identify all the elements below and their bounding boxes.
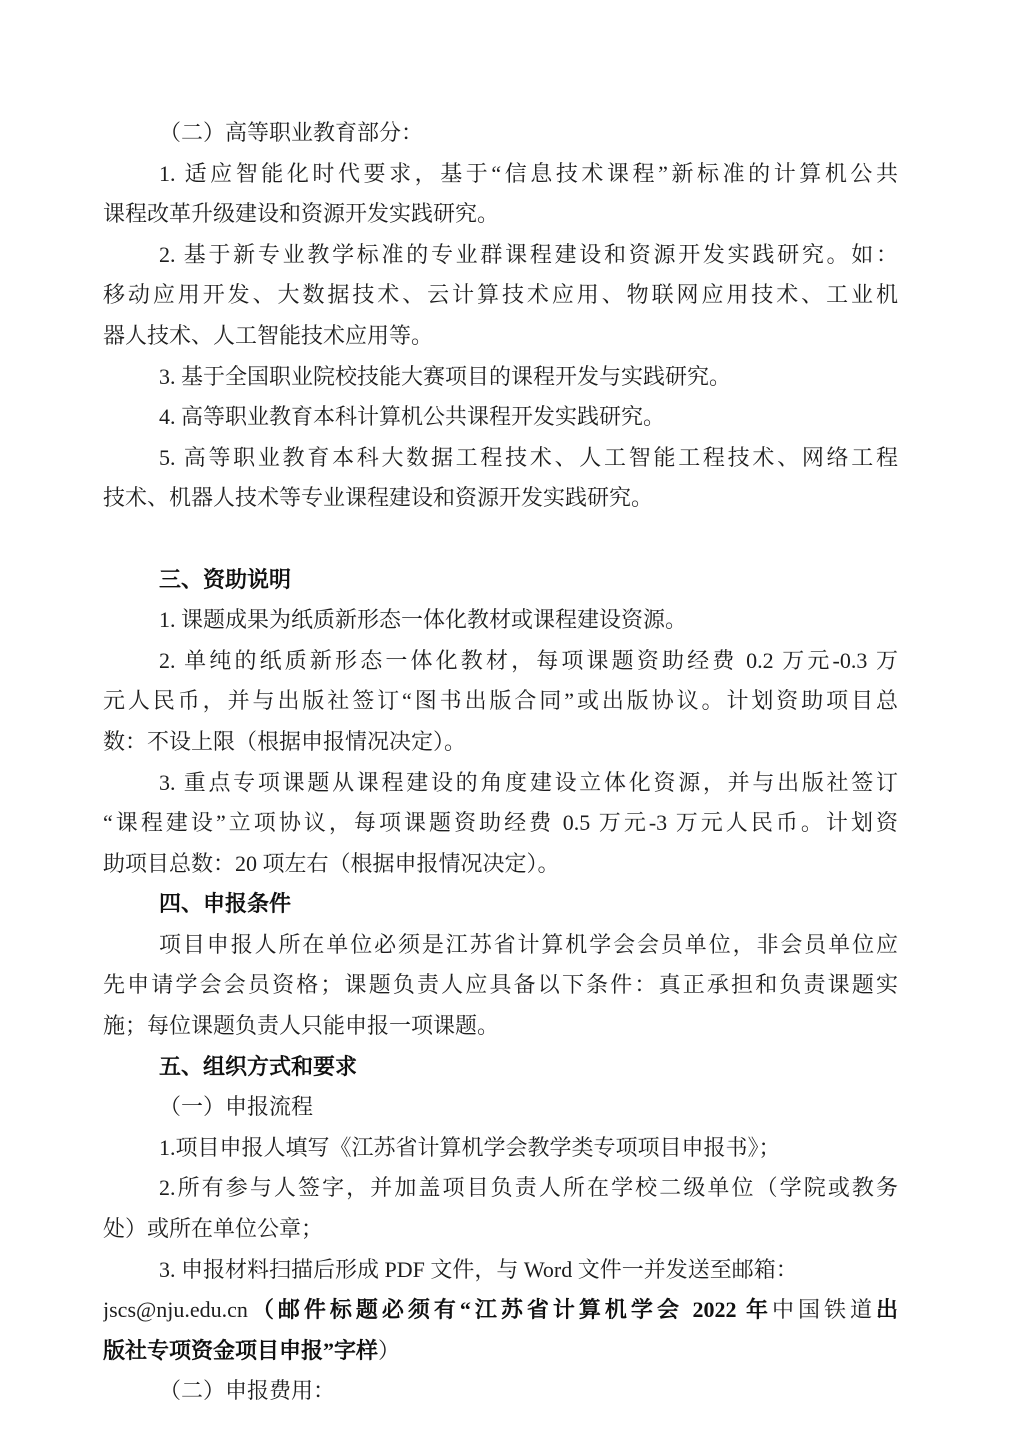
section-heading: 三、资助说明: [103, 560, 898, 601]
document-line: 元人民币，并与出版社签订“图书出版合同”或出版协议。计划资助项目总: [103, 681, 898, 722]
document-line: （二）高等职业教育部分：: [103, 113, 898, 154]
document-line: 3. 申报材料扫描后形成 PDF 文件，与 Word 文件一并发送至邮箱：: [103, 1250, 898, 1291]
document-line: 2. 单纯的纸质新形态一体化教材，每项课题资助经费 0.2 万元-0.3 万: [103, 641, 898, 682]
document-line: “课程建设”立项协议，每项课题资助经费 0.5 万元-3 万元人民币。计划资: [103, 803, 898, 844]
document-line: 3. 基于全国职业院校技能大赛项目的课程开发与实践研究。: [103, 357, 898, 398]
text-segment: 中国铁道: [772, 1297, 876, 1322]
document-line: jscs@nju.edu.cn（邮件标题必须有“江苏省计算机学会 2022 年中…: [103, 1290, 898, 1331]
document-line: （一）申报流程: [103, 1087, 898, 1128]
blank-line: [103, 519, 898, 560]
document-line: 移动应用开发、大数据技术、云计算技术应用、物联网应用技术、工业机: [103, 275, 898, 316]
document-line: 2.所有参与人签字，并加盖项目负责人所在学校二级单位（学院或教务: [103, 1168, 898, 1209]
section-heading: 五、组织方式和要求: [103, 1047, 898, 1088]
document-line: 技术、机器人技术等专业课程建设和资源开发实践研究。: [103, 478, 898, 519]
document-line: 器人技术、人工智能技术应用等。: [103, 316, 898, 357]
text-segment: （邮件标题必须有“江苏省计算机学会 2022 年: [248, 1297, 772, 1322]
document-line: 处）或所在单位公章；: [103, 1209, 898, 1250]
document-line: 助项目总数：20 项左右（根据申报情况决定）。: [103, 844, 898, 885]
document-line: （二）申报费用：: [103, 1371, 898, 1412]
document-line: 数：不设上限（根据申报情况决定）。: [103, 722, 898, 763]
text-segment: 出: [876, 1297, 898, 1322]
document-line: 项目申报人所在单位必须是江苏省计算机学会会员单位，非会员单位应: [103, 925, 898, 966]
text-segment: 版社专项资金项目申报”字样: [103, 1338, 378, 1363]
document-page: （二）高等职业教育部分：1. 适应智能化时代要求，基于“信息技术课程”新标准的计…: [0, 0, 1024, 1447]
document-line: 4. 高等职业教育本科计算机公共课程开发实践研究。: [103, 397, 898, 438]
text-segment: jscs@nju.edu.cn: [103, 1297, 248, 1322]
document-line: 1.项目申报人填写《江苏省计算机学会教学类专项项目申报书》；: [103, 1128, 898, 1169]
document-line: 课程改革升级建设和资源开发实践研究。: [103, 194, 898, 235]
document-line: 5. 高等职业教育本科大数据工程技术、人工智能工程技术、网络工程: [103, 438, 898, 479]
document-line: 2. 基于新专业教学标准的专业群课程建设和资源开发实践研究。如：: [103, 235, 898, 276]
document-line: 1. 适应智能化时代要求，基于“信息技术课程”新标准的计算机公共: [103, 154, 898, 195]
document-line: 施；每位课题负责人只能申报一项课题。: [103, 1006, 898, 1047]
document-line: 版社专项资金项目申报”字样）: [103, 1331, 898, 1372]
document-line: 3. 重点专项课题从课程建设的角度建设立体化资源，并与出版社签订: [103, 763, 898, 804]
document-text-block: （二）高等职业教育部分：1. 适应智能化时代要求，基于“信息技术课程”新标准的计…: [103, 113, 898, 1412]
text-segment: ）: [378, 1338, 400, 1363]
document-line: 先申请学会会员资格；课题负责人应具备以下条件：真正承担和负责课题实: [103, 965, 898, 1006]
section-heading: 四、申报条件: [103, 884, 898, 925]
document-line: 1. 课题成果为纸质新形态一体化教材或课程建设资源。: [103, 600, 898, 641]
